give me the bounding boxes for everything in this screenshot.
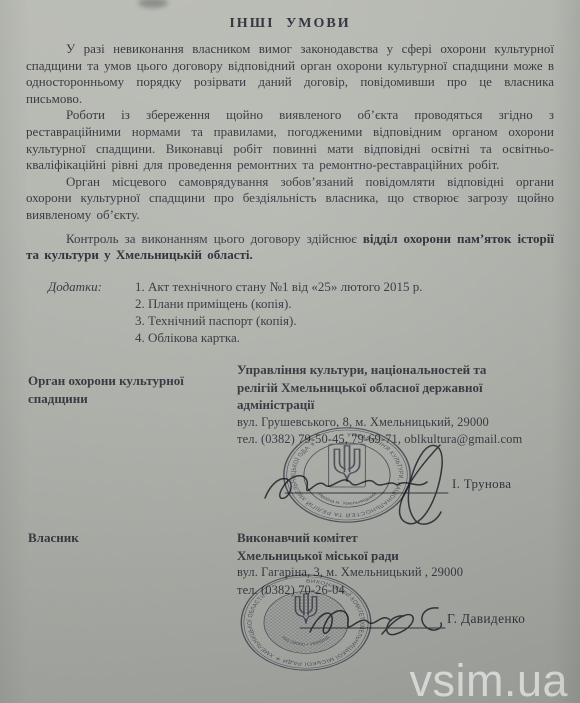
attachments-section: Додатки: 1. Акт технічного стану №1 від … <box>48 278 554 346</box>
document-page: ІНШІ УМОВИ У разі невиконання власником … <box>0 0 580 703</box>
document-photo: ІНШІ УМОВИ У разі невиконання власником … <box>0 0 580 703</box>
attachment-item: 4. Облікова картка. <box>135 329 422 346</box>
party-org-line: Управління культури, національностей та <box>237 361 569 379</box>
party-role-heritage-authority: Орган охорони культурної спадщини <box>28 372 233 408</box>
attachment-item: 3. Технічний паспорт (копія). <box>135 312 422 329</box>
handwritten-signature-davydenko <box>290 588 460 650</box>
party-org-line: адміністрації <box>237 396 569 414</box>
paragraph-restoration-works: Роботи із збереження щойно виявленого об… <box>26 107 554 173</box>
party-org-line: Хмельницької міської ради <box>237 547 569 565</box>
page-title: ІНШІ УМОВИ <box>0 16 580 32</box>
attachments-label: Додатки: <box>48 278 135 346</box>
paragraph-local-government: Орган місцевого самоврядування зобов’яза… <box>26 174 554 224</box>
paragraph-control: Контроль за виконанням цього договору зд… <box>26 231 554 264</box>
party-role-owner: Власник <box>28 529 79 547</box>
attachment-item: 2. Плани приміщень (копія). <box>135 295 422 312</box>
watermark-vsim: vsim.ua <box>409 655 568 703</box>
attachments-list: 1. Акт технічного стану №1 від «25» люто… <box>135 278 422 346</box>
signatory-name: І. Трунова <box>452 476 511 492</box>
signatory-name: Г. Давиденко <box>447 611 525 627</box>
control-text: Контроль за виконанням цього договору зд… <box>66 231 363 246</box>
party-org-line: релігій Хмельницької обласної державної <box>237 379 569 397</box>
handwritten-signature-trunova <box>255 440 470 540</box>
attachment-item: 1. Акт технічного стану №1 від «25» люто… <box>135 278 422 295</box>
paragraph-termination: У разі невиконання власником вимог закон… <box>26 41 554 107</box>
